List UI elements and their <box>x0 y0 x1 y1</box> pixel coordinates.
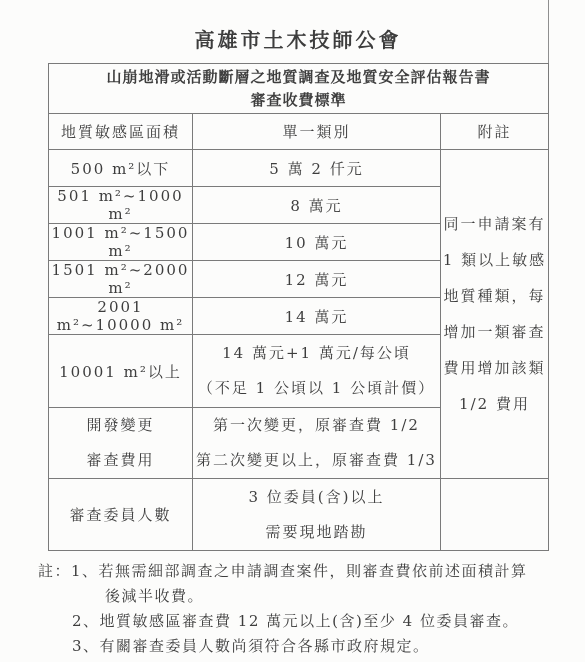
fee-line: 3 位委員(含)以上 <box>193 480 440 515</box>
fee-line: 需要現地踏勘 <box>193 515 440 550</box>
remark-line: 同一申請案有 <box>441 206 548 242</box>
scanned-document-page: 高雄市土木技師公會 山崩地滑或活動斷層之地質調查及地質安全評估報告書 審查收費標… <box>0 0 585 662</box>
organization-title: 高雄市土木技師公會 <box>48 24 548 53</box>
column-header-remarks: 附註 <box>441 114 549 150</box>
footnote-line: 2、地質敏感區審查費 12 萬元以上(含)至少 4 位委員審查。 <box>38 609 568 634</box>
remark-line: 1 類以上敏感 <box>441 242 548 278</box>
area-cell: 2001 m²~10000 m² <box>49 298 193 335</box>
fee-line: 第一次變更，原審查費 1/2 <box>193 408 440 443</box>
fee-schedule-table: 山崩地滑或活動斷層之地質調查及地質安全評估報告書 審查收費標準 地質敏感區面積 … <box>48 63 549 551</box>
table-row: 審查委員人數 3 位委員(含)以上 需要現地踏勘 <box>49 479 549 551</box>
remarks-cell-empty <box>441 479 549 551</box>
remark-line: 1/2 費用 <box>441 386 548 422</box>
area-cell: 500 m²以下 <box>49 150 193 187</box>
table-title-cell: 山崩地滑或活動斷層之地質調查及地質安全評估報告書 審查收費標準 <box>49 64 549 114</box>
fee-cell: 第一次變更，原審查費 1/2 第二次變更以上，原審查費 1/3 <box>193 408 441 479</box>
area-cell: 501 m²~1000 m² <box>49 187 193 224</box>
fee-cell: 8 萬元 <box>193 187 441 224</box>
fee-cell: 14 萬元+1 萬元/每公頃 （不足 1 公頃以 1 公頃計價） <box>193 335 441 408</box>
remarks-cell: 同一申請案有 1 類以上敏感 地質種類，每 增加一類審查 費用增加該類 1/2 … <box>441 150 549 479</box>
fee-line: 14 萬元+1 萬元/每公頃 <box>193 336 440 371</box>
footnote-line: 3、有關審查委員人數尚須符合各縣市政府規定。 <box>38 634 568 659</box>
area-line: 開發變更 <box>49 408 192 443</box>
table-row: 500 m²以下 5 萬 2 仟元 同一申請案有 1 類以上敏感 地質種類，每 … <box>49 150 549 187</box>
table-header-row: 地質敏感區面積 單一類別 附註 <box>49 114 549 150</box>
area-cell: 開發變更 審查費用 <box>49 408 193 479</box>
fee-cell: 5 萬 2 仟元 <box>193 150 441 187</box>
scan-artifact-line <box>548 0 549 64</box>
fee-cell: 12 萬元 <box>193 261 441 298</box>
table-title-line1: 山崩地滑或活動斷層之地質調查及地質安全評估報告書 <box>49 66 548 89</box>
fee-cell: 3 位委員(含)以上 需要現地踏勘 <box>193 479 441 551</box>
remark-line: 費用增加該類 <box>441 350 548 386</box>
footnote-line: 註：1、若無需細部調查之申請調查案件，則審查費依前述面積計算 <box>38 559 568 584</box>
column-header-area: 地質敏感區面積 <box>49 114 193 150</box>
area-cell: 10001 m²以上 <box>49 335 193 408</box>
area-cell: 1001 m²~1500 m² <box>49 224 193 261</box>
fee-line: （不足 1 公頃以 1 公頃計價） <box>193 371 440 406</box>
remark-line: 地質種類，每 <box>441 278 548 314</box>
table-title-row: 山崩地滑或活動斷層之地質調查及地質安全評估報告書 審查收費標準 <box>49 64 549 114</box>
remark-line: 增加一類審查 <box>441 314 548 350</box>
area-line: 審查費用 <box>49 443 192 478</box>
fee-line: 第二次變更以上，原審查費 1/3 <box>193 443 440 478</box>
fee-cell: 10 萬元 <box>193 224 441 261</box>
area-cell: 1501 m²~2000 m² <box>49 261 193 298</box>
table-title-line2: 審查收費標準 <box>49 89 548 112</box>
footnote-line: 後減半收費。 <box>38 584 568 609</box>
column-header-category: 單一類別 <box>193 114 441 150</box>
footnotes: 註：1、若無需細部調查之申請調查案件，則審查費依前述面積計算 後減半收費。 2、… <box>38 559 568 659</box>
area-cell: 審查委員人數 <box>49 479 193 551</box>
fee-cell: 14 萬元 <box>193 298 441 335</box>
